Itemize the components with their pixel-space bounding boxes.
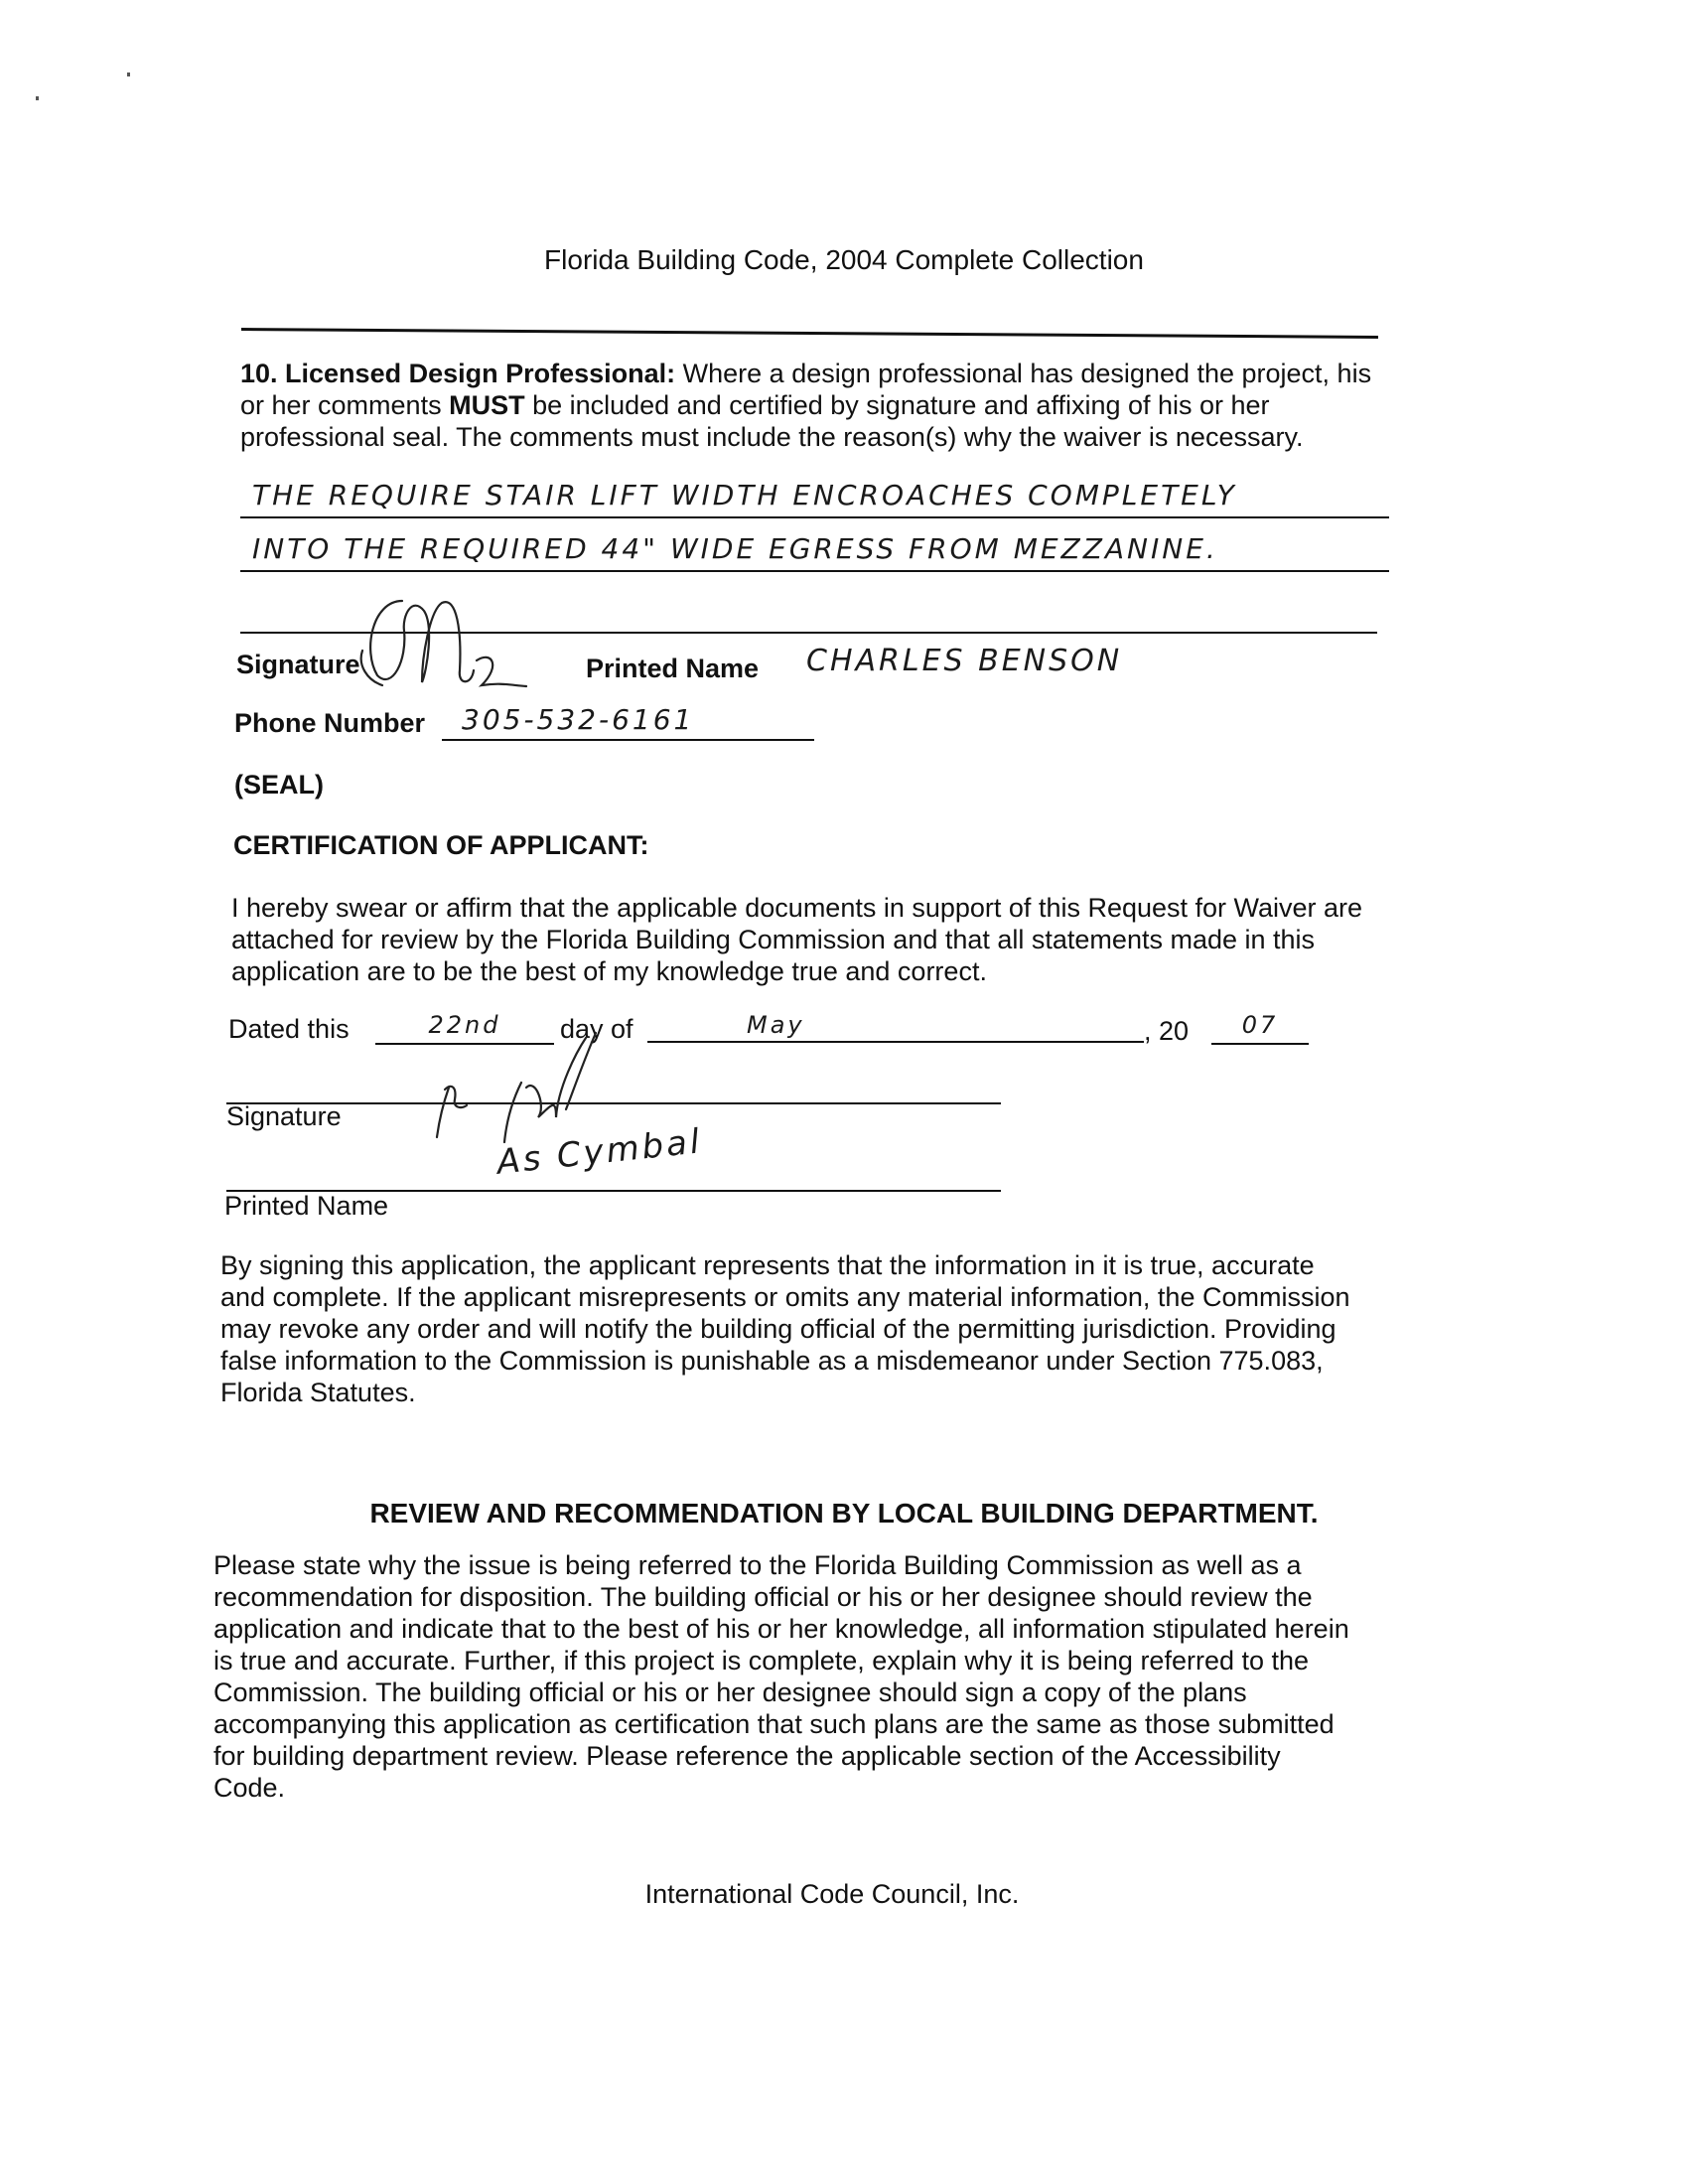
certification-heading: CERTIFICATION OF APPLICANT: <box>233 829 648 861</box>
phone-number-label: Phone Number <box>234 707 425 739</box>
month-field[interactable]: May <box>647 1007 1144 1043</box>
design-professional-printed-name-label: Printed Name <box>586 653 759 684</box>
page-header-title: Florida Building Code, 2004 Complete Col… <box>0 244 1688 276</box>
section-10-instructions: 10. Licensed Design Professional: Where … <box>240 358 1531 453</box>
header-divider <box>241 328 1378 339</box>
design-professional-comment-line-2[interactable]: INTO THE REQUIRED 44" WIDE EGRESS FROM M… <box>240 528 1389 572</box>
page-footer: International Code Council, Inc. <box>0 1879 1676 1910</box>
seal-label: (SEAL) <box>234 769 324 801</box>
applicant-signature-label: Signature <box>226 1100 342 1132</box>
review-instructions: Please state why the issue is being refe… <box>213 1549 1524 1804</box>
design-professional-comment-line-1[interactable]: THE REQUIRE STAIR LIFT WIDTH ENCROACHES … <box>240 475 1389 518</box>
design-professional-signature-label: Signature <box>236 649 360 680</box>
section-10-label: 10. Licensed Design Professional: <box>240 359 675 388</box>
applicant-printed-name-label: Printed Name <box>224 1190 388 1222</box>
certification-statement: I hereby swear or affirm that the applic… <box>231 892 1522 987</box>
review-heading: REVIEW AND RECOMMENDATION BY LOCAL BUILD… <box>0 1498 1688 1529</box>
phone-number-field[interactable]: 305-532-6161 <box>442 701 814 741</box>
applicant-signature <box>427 1028 665 1142</box>
dated-this-label: Dated this <box>228 1013 350 1045</box>
design-professional-printed-name[interactable]: CHARLES BENSON <box>806 644 1122 678</box>
year-prefix-label: , 20 <box>1144 1015 1189 1047</box>
design-professional-signature <box>362 591 541 690</box>
scan-speck <box>127 73 130 76</box>
applicant-disclaimer: By signing this application, the applica… <box>220 1249 1511 1408</box>
scan-speck <box>36 96 39 100</box>
year-field[interactable]: 07 <box>1211 1007 1309 1045</box>
